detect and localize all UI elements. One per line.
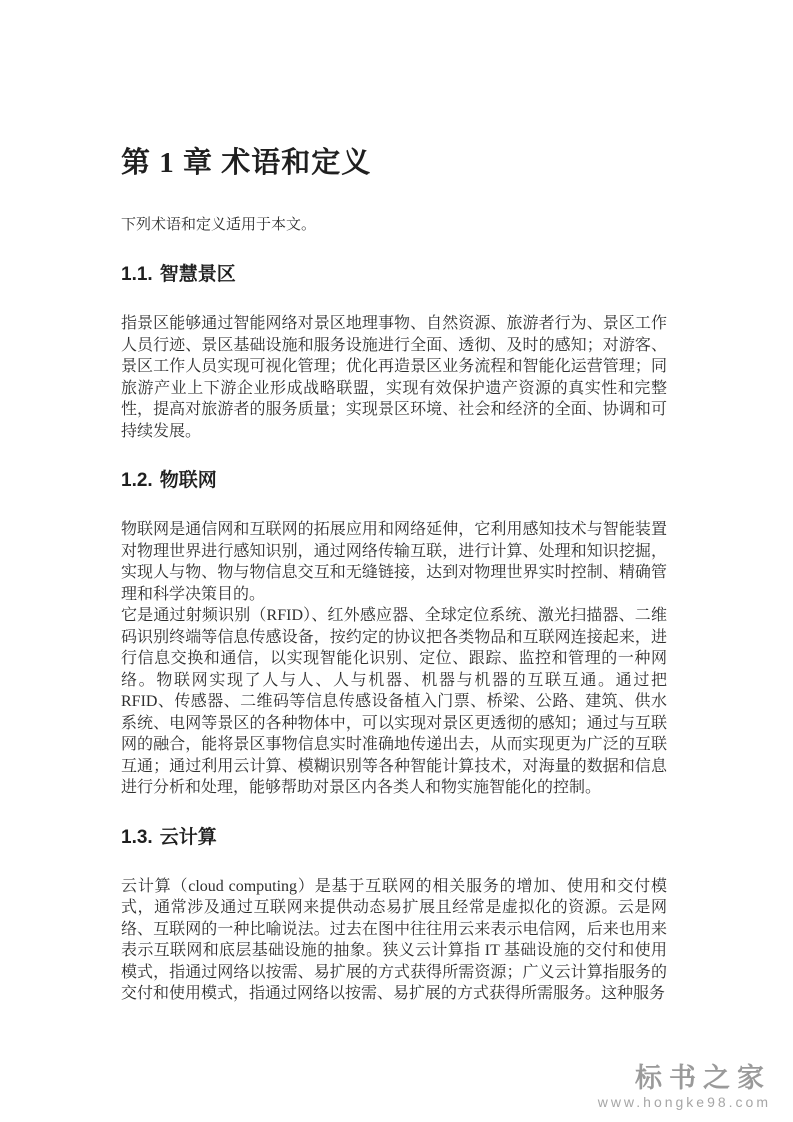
section-paragraph: 它是通过射频识别（RFID）、红外感应器、全球定位系统、激光扫描器、二维码识别终… [121,605,667,799]
page-content: 第 1 章 术语和定义 下列术语和定义适用于本文。 1.1.智慧景区 指景区能够… [121,0,667,1005]
section-number: 1.1. [121,264,153,285]
section-paragraph: 指景区能够通过智能网络对景区地理事物、自然资源、旅游者行为、景区工作人员行迹、景… [121,313,667,442]
section-number: 1.3. [121,827,153,848]
section-heading-1-1: 1.1.智慧景区 [121,262,667,287]
section-title: 智慧景区 [160,264,236,285]
section-heading-1-3: 1.3.云计算 [121,825,667,850]
section-heading-1-2: 1.2.物联网 [121,468,667,493]
chapter-title: 第 1 章 术语和定义 [121,145,667,182]
watermark-logo: 标书之家 [598,1064,771,1092]
document-page: 第 1 章 术语和定义 下列术语和定义适用于本文。 1.1.智慧景区 指景区能够… [0,0,793,1122]
intro-paragraph: 下列术语和定义适用于本文。 [121,214,667,236]
watermark: 标书之家 www.hongke98.com [598,1064,771,1110]
section-paragraph: 物联网是通信网和互联网的拓展应用和网络延伸，它利用感知技术与智能装置对物理世界进… [121,519,667,605]
section-paragraph: 云计算（cloud computing）是基于互联网的相关服务的增加、使用和交付… [121,876,667,1005]
section-title: 物联网 [160,470,217,491]
section-number: 1.2. [121,470,153,491]
section-title: 云计算 [160,827,217,848]
watermark-url: www.hongke98.com [598,1095,771,1110]
